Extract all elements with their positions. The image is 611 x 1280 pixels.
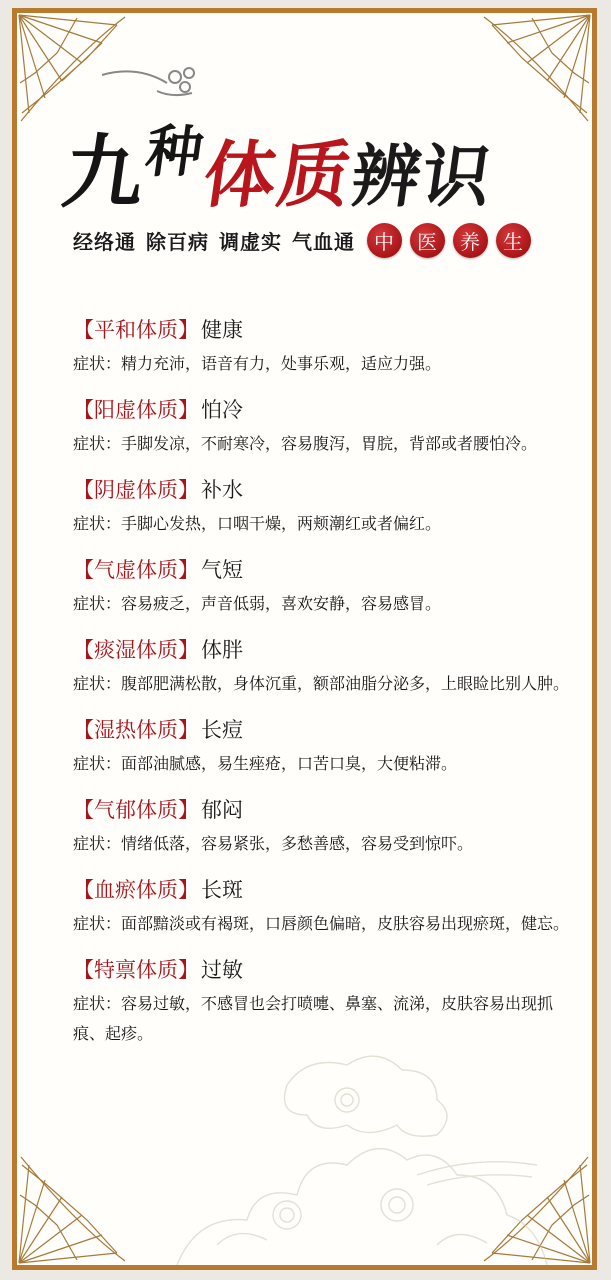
constitution-entry: 【湿热体质】长痘 症状：面部油腻感，易生痤疮，口苦口臭，大便粘滞。 (73, 713, 583, 779)
entry-heading: 【特禀体质】过敏 (73, 953, 583, 987)
bracket-close: 】 (178, 393, 199, 427)
symptom-description: 症状：腹部肥满松散，身体沉重，额部油脂分泌多，上眼睑比别人肿。 (73, 669, 583, 699)
symptom-description: 症状：情绪低落，容易紧张，多愁善感，容易受到惊吓。 (73, 829, 583, 859)
entry-heading: 【湿热体质】长痘 (73, 713, 583, 747)
bracket-open: 【 (73, 473, 94, 507)
badge-circle: 养 (453, 223, 488, 258)
badge-circle: 医 (410, 223, 445, 258)
badge-circle: 中 (367, 223, 402, 258)
entry-heading: 【阳虚体质】怕冷 (73, 393, 583, 427)
constitution-entry: 【痰湿体质】体胖 症状：腹部肥满松散，身体沉重，额部油脂分泌多，上眼睑比别人肿。 (73, 633, 583, 699)
bracket-open: 【 (73, 793, 94, 827)
subtitle-phrase: 气血通 (292, 226, 355, 255)
bracket-open: 【 (73, 713, 94, 747)
constitution-type: 痰湿体质 (94, 633, 178, 667)
constitution-list: 【平和体质】健康 症状：精力充沛，语音有力，处事乐观，适应力强。 【阳虚体质】怕… (73, 313, 583, 1063)
constitution-keyword: 怕冷 (201, 393, 243, 427)
constitution-entry: 【气虚体质】气短 症状：容易疲乏，声音低弱，喜欢安静，容易感冒。 (73, 553, 583, 619)
constitution-keyword: 郁闷 (201, 793, 243, 827)
constitution-type: 阳虚体质 (94, 393, 178, 427)
cloud-swirl-icon (97, 63, 207, 103)
bracket-close: 】 (178, 873, 199, 907)
constitution-keyword: 气短 (201, 553, 243, 587)
constitution-type: 气虚体质 (94, 553, 178, 587)
bracket-open: 【 (73, 313, 94, 347)
constitution-type: 平和体质 (94, 313, 178, 347)
constitution-type: 血瘀体质 (94, 873, 178, 907)
constitution-entry: 【血瘀体质】长斑 症状：面部黯淡或有褐斑，口唇颜色偏暗，皮肤容易出现瘀斑，健忘。 (73, 873, 583, 939)
symptom-description: 症状：面部油腻感，易生痤疮，口苦口臭，大便粘滞。 (73, 749, 583, 779)
title-char-kind: 种 (141, 108, 210, 188)
page-title: 九种体质辨识 (65, 108, 493, 223)
subtitle-phrase: 调虚实 (219, 226, 282, 255)
bracket-close: 】 (178, 713, 199, 747)
constitution-keyword: 健康 (201, 313, 243, 347)
subtitle-phrase: 除百病 (146, 226, 209, 255)
symptom-description: 症状：容易疲乏，声音低弱，喜欢安静，容易感冒。 (73, 589, 583, 619)
constitution-entry: 【平和体质】健康 症状：精力充沛，语音有力，处事乐观，适应力强。 (73, 313, 583, 379)
symptom-description: 症状：容易过敏，不感冒也会打喷嚏、鼻塞、流涕，皮肤容易出现抓痕、起疹。 (73, 989, 583, 1049)
entry-heading: 【平和体质】健康 (73, 313, 583, 347)
entry-heading: 【阴虚体质】补水 (73, 473, 583, 507)
constitution-entry: 【气郁体质】郁闷 症状：情绪低落，容易紧张，多愁善感，容易受到惊吓。 (73, 793, 583, 859)
constitution-entry: 【阴虚体质】补水 症状：手脚心发热，口咽干燥，两颊潮红或者偏红。 (73, 473, 583, 539)
constitution-keyword: 长痘 (201, 713, 243, 747)
subtitle: 经络通 除百病 调虚实 气血通 中 医 养 生 (73, 223, 539, 258)
bracket-close: 】 (178, 473, 199, 507)
bracket-open: 【 (73, 393, 94, 427)
bracket-close: 】 (178, 633, 199, 667)
symptom-description: 症状：精力充沛，语音有力，处事乐观，适应力强。 (73, 349, 583, 379)
constitution-type: 气郁体质 (94, 793, 178, 827)
constitution-keyword: 体胖 (201, 633, 243, 667)
bracket-close: 】 (178, 793, 199, 827)
entry-heading: 【气郁体质】郁闷 (73, 793, 583, 827)
constitution-entry: 【阳虚体质】怕冷 症状：手脚发凉，不耐寒冷，容易腹泻，胃脘，背部或者腰怕冷。 (73, 393, 583, 459)
entry-heading: 【血瘀体质】长斑 (73, 873, 583, 907)
constitution-type: 特禀体质 (94, 953, 178, 987)
auspicious-cloud-decoration (137, 1045, 557, 1265)
symptom-description: 症状：手脚发凉，不耐寒冷，容易腹泻，胃脘，背部或者腰怕冷。 (73, 429, 583, 459)
constitution-keyword: 长斑 (201, 873, 243, 907)
title-char-nine: 九 (57, 108, 155, 223)
badge-circle: 生 (496, 223, 531, 258)
entry-heading: 【气虚体质】气短 (73, 553, 583, 587)
bracket-open: 【 (73, 873, 94, 907)
corner-ornament-bottom-left (17, 1155, 127, 1265)
bracket-close: 】 (178, 553, 199, 587)
bracket-close: 】 (178, 953, 199, 987)
constitution-type: 阴虚体质 (94, 473, 178, 507)
header: 九种体质辨识 (17, 53, 592, 223)
poster-frame: 九种体质辨识 经络通 除百病 调虚实 气血通 中 医 养 生 【平和体质】健康 … (12, 8, 597, 1270)
entry-heading: 【痰湿体质】体胖 (73, 633, 583, 667)
constitution-entry: 【特禀体质】过敏 症状：容易过敏，不感冒也会打喷嚏、鼻塞、流涕，皮肤容易出现抓痕… (73, 953, 583, 1049)
symptom-description: 症状：面部黯淡或有褐斑，口唇颜色偏暗，皮肤容易出现瘀斑，健忘。 (73, 909, 583, 939)
symptom-description: 症状：手脚心发热，口咽干燥，两颊潮红或者偏红。 (73, 509, 583, 539)
constitution-keyword: 过敏 (201, 953, 243, 987)
bracket-close: 】 (178, 313, 199, 347)
bracket-open: 【 (73, 633, 94, 667)
title-constitution: 体质 (198, 117, 361, 221)
constitution-type: 湿热体质 (94, 713, 178, 747)
bracket-open: 【 (73, 553, 94, 587)
tcm-health-badges: 中 医 养 生 (367, 223, 539, 258)
constitution-keyword: 补水 (201, 473, 243, 507)
subtitle-phrase: 经络通 (73, 226, 136, 255)
bracket-open: 【 (73, 953, 94, 987)
title-identification: 辨识 (346, 123, 500, 220)
